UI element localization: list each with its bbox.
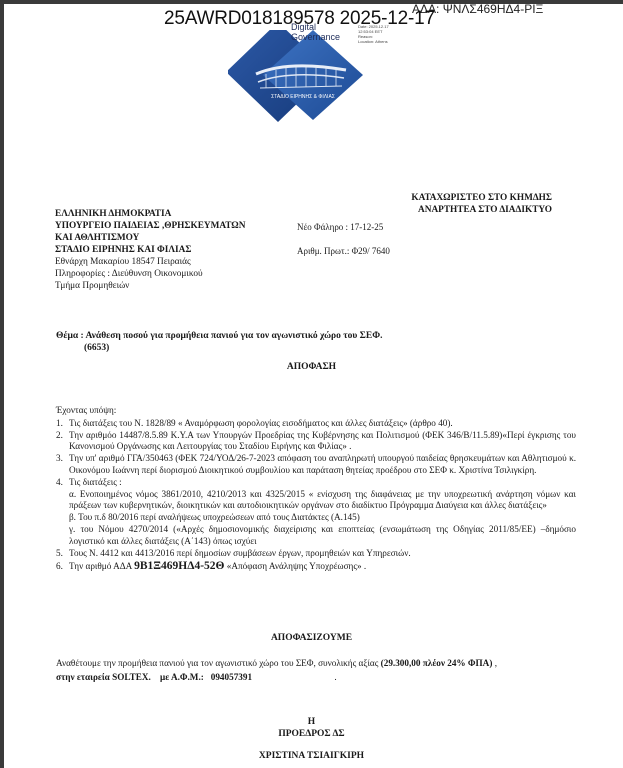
award-amount: (29.300,00 πλέον 24% ΦΠΑ) [381, 658, 493, 668]
signature-block: Η ΠΡΟΕΔΡΟΣ ΔΣ ΧΡΙΣΤΙΝΑ ΤΣΙΑΙΓΚΙΡΗ [0, 716, 623, 762]
signature-article: Η [0, 716, 623, 728]
sub-item-a: α. Ενοποιημένος νόμος 3861/2010, 4210/20… [56, 489, 576, 513]
sender-ministry-cont: ΚΑΙ ΑΘΛΗΤΙΣΜΟΥ [55, 232, 245, 244]
sender-address: Εθνάρχη Μακαρίου 18547 Πειραιάς [55, 256, 245, 268]
sender-department: Τμήμα Προμηθειών [55, 280, 245, 292]
sender-info: Πληροφορίες : Διεύθυνση Οικονομικού [55, 268, 245, 280]
decision-heading: ΑΠΟΦΑΣΗ [0, 362, 623, 372]
afm-number: 094057391 [211, 672, 252, 682]
signature-role: ΠΡΟΕΔΡΟΣ ΔΣ [0, 728, 623, 740]
list-item: 4. Τις διατάξεις : [56, 477, 576, 489]
sub-item-c: γ. του Νόμου 4270/2014 («Αρχές δημοσιονο… [56, 524, 576, 548]
award-text: Αναθέτουμε την προμήθεια πανιού για τον … [56, 658, 378, 668]
ada-reference: 9Β1Ξ469ΗΔ4-52Θ [134, 560, 224, 572]
award-paragraph: Αναθέτουμε την προμήθεια πανιού για τον … [56, 656, 576, 684]
sender-block: ΕΛΛΗΝΙΚΗ ΔΗΜΟΚΡΑΤΙΑ ΥΠΟΥΡΓΕΙΟ ΠΑΙΔΕΙΑΣ ,… [55, 208, 245, 292]
sender-organization: ΣΤΑΔΙΟ ΕΙΡΗΝΗΣ ΚΑΙ ΦΙΛΙΑΣ [55, 244, 245, 256]
place-date: Νέο Φάληρο : 17-12-25 [297, 222, 390, 246]
registration-number: 25AWRD018189578 2025-12-17 [164, 8, 435, 30]
subject-text: Θέμα : Ανάθεση ποσού για προμήθεια πανιο… [56, 330, 382, 342]
list-item: 3. Την υπ' αριθμό ΓΓΑ/350463 (ΦΕΚ 724/ΥΟ… [56, 453, 576, 477]
protocol-number: Αριθμ. Πρωτ.: Φ29/ 7640 [297, 246, 390, 270]
ada-suffix: «Απόφαση Ανάληψης Υποχρέωσης» . [227, 561, 366, 571]
ada-prefix: Την αριθμό ΑΔΑ [69, 561, 132, 571]
subject-code: (6653) [56, 342, 382, 354]
signature-name: ΧΡΙΣΤΙΝΑ ΤΣΙΑΙΓΚΙΡΗ [0, 750, 623, 762]
signature-title-2: Governance [291, 32, 340, 42]
afm-label: με Α.Φ.Μ.: [160, 672, 204, 682]
list-item: 2. Την αριθμόο 14487/8.5.89 Κ.Υ.Α των Υπ… [56, 430, 576, 454]
list-item: 5. Τους Ν. 4412 και 4413/2016 περί δημοσ… [56, 548, 576, 560]
subject: Θέμα : Ανάθεση ποσού για προμήθεια πανιο… [56, 330, 382, 354]
sender-country: ΕΛΛΗΝΙΚΗ ΔΗΜΟΚΡΑΤΙΑ [55, 208, 245, 220]
considerations-intro: Έχοντας υπόψη: [56, 405, 576, 417]
considerations: Έχοντας υπόψη: 1. Τις διατάξεις του Ν. 1… [56, 405, 576, 573]
list-item: 1. Τις διατάξεις του Ν. 1828/89 « Αναμόρ… [56, 418, 576, 430]
award-company: στην εταιρεία SOLTEX. [56, 672, 151, 682]
stamp-line-1: ΚΑΤΑΧΩΡΙΣΤΕΟ ΣΤΟ ΚΗΜΔΗΣ [382, 192, 552, 204]
document-meta: Νέο Φάληρο : 17-12-25 Αριθμ. Πρωτ.: Φ29/… [297, 222, 390, 270]
sender-ministry: ΥΠΟΥΡΓΕΙΟ ΠΑΙΔΕΙΑΣ ,ΘΡΗΣΚΕΥΜΑΤΩΝ [55, 220, 245, 232]
sub-item-b: β. Του π.δ 80/2016 περί αναλήψεως υποχρε… [56, 512, 576, 524]
stadium-logo: ΣΤΑΔΙΟ ΕΙΡΗΝΗΣ & ΦΙΛΙΑΣ [228, 30, 378, 122]
registration-stamp: ΚΑΤΑΧΩΡΙΣΤΕΟ ΣΤΟ ΚΗΜΔΗΣ ΑΝΑΡΤΗΤΕΑ ΣΤΟ ΔΙ… [382, 192, 552, 216]
logo-caption: ΣΤΑΔΙΟ ΕΙΡΗΝΗΣ & ΦΙΛΙΑΣ [271, 94, 335, 100]
signature-location: Location: Athens [358, 39, 389, 44]
decide-heading: ΑΠΟΦΑΣΙΖΟΥΜΕ [0, 633, 623, 643]
stamp-line-2: ΑΝΑΡΤΗΤΕΑ ΣΤΟ ΔΙΑΔΙΚΤΥΟ [382, 204, 552, 216]
list-item: 6. Την αριθμό ΑΔΑ 9Β1Ξ469ΗΔ4-52Θ «Απόφασ… [56, 561, 576, 573]
